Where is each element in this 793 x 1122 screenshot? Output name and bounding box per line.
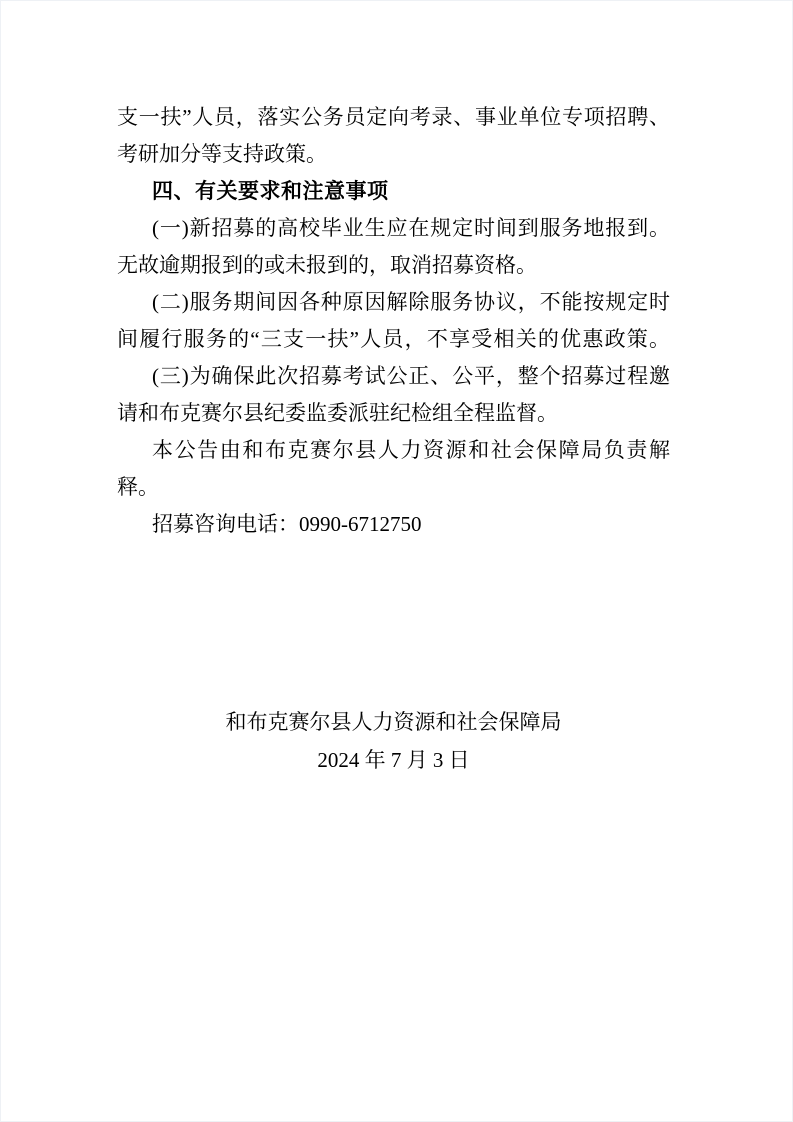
document-page: 支一扶”人员，落实公务员定向考录、事业单位专项招聘、考研加分等支持政策。四、有关…: [0, 0, 793, 1122]
text-line: (三)为确保此次招募考试公正、公平，整个招募过程邀: [117, 358, 670, 395]
section-heading: 四、有关要求和注意事项: [117, 173, 670, 210]
text-line: 支一扶”人员，落实公务员定向考录、事业单位专项招聘、: [117, 99, 670, 136]
text-line: 释。: [117, 469, 670, 506]
signature-date: 2024 年 7 月 3 日: [117, 741, 670, 779]
text-line: (二)服务期间因各种原因解除服务协议，不能按规定时: [117, 284, 670, 321]
text-line: (一)新招募的高校毕业生应在规定时间到服务地报到。: [117, 210, 670, 247]
text-line: 请和布克赛尔县纪委监委派驻纪检组全程监督。: [117, 395, 670, 432]
text-line: 间履行服务的“三支一扶”人员，不享受相关的优惠政策。: [117, 321, 670, 358]
text-line: 招募咨询电话：0990-6712750: [117, 506, 670, 543]
document-body: 支一扶”人员，落实公务员定向考录、事业单位专项招聘、考研加分等支持政策。四、有关…: [117, 99, 670, 543]
signature-organization: 和布克赛尔县人力资源和社会保障局: [117, 703, 670, 741]
text-line: 本公告由和布克赛尔县人力资源和社会保障局负责解: [117, 432, 670, 469]
text-line: 无故逾期报到的或未报到的，取消招募资格。: [117, 247, 670, 284]
signature-block: 和布克赛尔县人力资源和社会保障局 2024 年 7 月 3 日: [117, 703, 670, 779]
text-line: 考研加分等支持政策。: [117, 136, 670, 173]
